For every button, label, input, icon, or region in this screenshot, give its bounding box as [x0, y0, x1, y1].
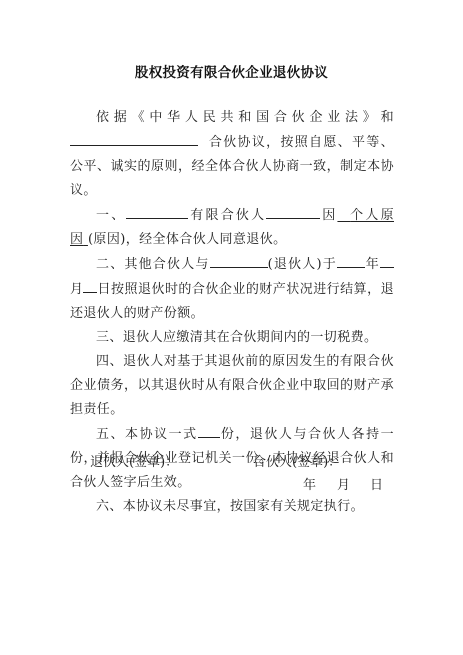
- clause-4: 四、退伙人对基于其退伙前的原因发生的有限合伙企业债务，以其退伙时从有限合伙企业中…: [70, 350, 394, 422]
- clause-1-suffix: (原因)，经全体合伙人同意退伙。: [88, 232, 287, 247]
- withdrawing-partner-signature-label: 退伙人(签章)：: [90, 451, 178, 470]
- limited-partner-name-blank[interactable]: [266, 203, 320, 219]
- month-label: 月: [70, 282, 83, 297]
- partner-signature-label: 合伙人(签章)：: [253, 451, 341, 470]
- clause-2-suffix: 日按照退伙时的合伙企业的财产状况进行结算，退还退伙人的财产份额。: [70, 282, 394, 321]
- clause-2-mid1: (退伙人)于: [268, 257, 337, 272]
- enterprise-name-blank[interactable]: [126, 203, 188, 219]
- date-year-label: 年: [303, 474, 337, 493]
- clause-3: 三、退伙人应缴清其在合伙期间内的一切税费。: [70, 326, 394, 350]
- document-page: 股权投资有限合伙企业退伙协议 依据《中华人民共和国合伙企业法》和 合伙协议，按照…: [0, 0, 463, 655]
- settlement-day-blank[interactable]: [83, 277, 97, 293]
- clause-1: 一、有限合伙人因 个人原因 (原因)，经全体合伙人同意退伙。: [70, 203, 394, 252]
- clause-1-mid1: 有限合伙人: [188, 208, 266, 223]
- withdrawing-partner-name-blank[interactable]: [210, 252, 268, 268]
- date-day-label: 日: [370, 474, 383, 493]
- clause-2-prefix: 二、其他合伙人与: [96, 257, 210, 272]
- signing-date-row: 年月日: [303, 474, 383, 493]
- clause-5-prefix: 五、本协议一式: [96, 427, 198, 442]
- clause-6: 六、本协议未尽事宜，按国家有关规定执行。: [70, 495, 394, 519]
- document-title: 股权投资有限合伙企业退伙协议: [0, 61, 463, 81]
- year-label: 年: [365, 257, 380, 272]
- intro-prefix: 依据《中华人民共和国合伙企业法》和: [96, 110, 394, 125]
- clause-1-mid2: 因: [320, 208, 337, 223]
- clause-1-prefix: 一、: [96, 208, 126, 223]
- settlement-month-blank[interactable]: [380, 252, 394, 268]
- agreement-name-blank[interactable]: [70, 130, 198, 146]
- date-month-label: 月: [337, 474, 370, 493]
- clause-2: 二、其他合伙人与(退伙人)于年月日按照退伙时的合伙企业的财产状况进行结算，退还退…: [70, 252, 394, 326]
- copies-count-blank[interactable]: [198, 422, 220, 438]
- intro-paragraph: 依据《中华人民共和国合伙企业法》和 合伙协议，按照自愿、平等、公平、诚实的原则，…: [70, 106, 394, 203]
- settlement-year-blank[interactable]: [337, 252, 365, 268]
